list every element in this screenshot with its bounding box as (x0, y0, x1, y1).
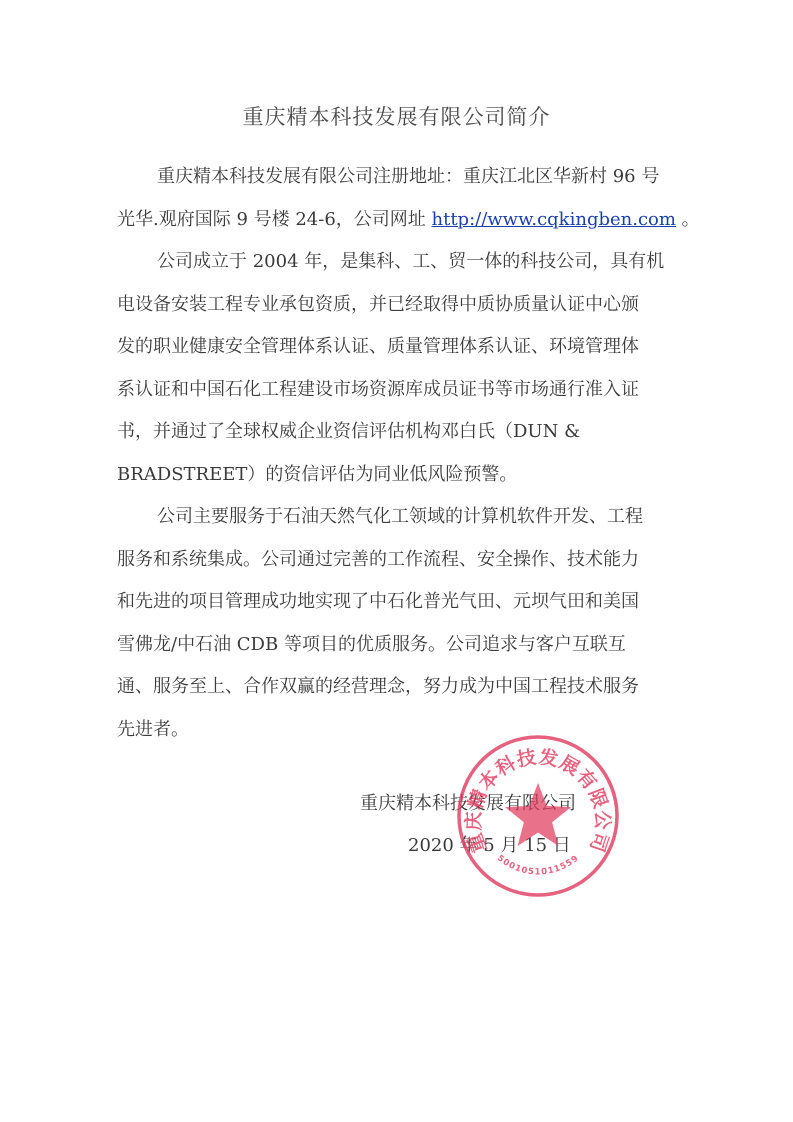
paragraph-address: 重庆精本科技发展有限公司注册地址：重庆江北区华新村 96 号 光华.观府国际 9… (117, 156, 677, 241)
paragraph-line: 公司主要服务于石油天然气化工领域的计算机软件开发、工程 (117, 496, 677, 539)
paragraph-line: 公司成立于 2004 年，是集科、工、贸一体的科技公司，具有机 (117, 241, 677, 284)
paragraph-line: 服务和系统集成。公司通过完善的工作流程、安全操作、技术能力 (117, 539, 677, 582)
address-text: 光华.观府国际 9 号楼 24-6，公司网址 (117, 209, 432, 230)
paragraph-line: 先进者。 (117, 709, 677, 752)
paragraph-line: 系认证和中国石化工程建设市场资源库成员证书等市场通行准入证 (117, 369, 677, 412)
paragraph-line: 光华.观府国际 9 号楼 24-6，公司网址 http://www.cqking… (117, 199, 677, 242)
document-page: 重庆精本科技发展有限公司简介 重庆精本科技发展有限公司注册地址：重庆江北区华新村… (0, 0, 793, 1122)
paragraph-line: 通、服务至上、合作双赢的经营理念，努力成为中国工程技术服务 (117, 666, 677, 709)
paragraph-line: BRADSTREET）的资信评估为同业低风险预警。 (117, 454, 677, 497)
paragraph-line: 电设备安装工程专业承包资质，并已经取得中质协质量认证中心颁 (117, 284, 677, 327)
document-title: 重庆精本科技发展有限公司简介 (0, 100, 793, 134)
paragraph-services: 公司主要服务于石油天然气化工领域的计算机软件开发、工程 服务和系统集成。公司通过… (117, 496, 677, 751)
website-link[interactable]: http://www.cqkingben.com (432, 209, 676, 230)
paragraph-line: 重庆精本科技发展有限公司注册地址：重庆江北区华新村 96 号 (117, 156, 677, 199)
paragraph-line: 雪佛龙/中石油 CDB 等项目的优质服务。公司追求与客户互联互 (117, 624, 677, 667)
period-text: 。 (676, 209, 700, 230)
paragraph-line: 发的职业健康安全管理体系认证、质量管理体系认证、环境管理体 (117, 326, 677, 369)
paragraph-line: 和先进的项目管理成功地实现了中石化普光气田、元坝气田和美国 (117, 581, 677, 624)
paragraph-line: 书，并通过了全球权威企业资信评估机构邓白氏（DUN & (117, 411, 677, 454)
document-body: 重庆精本科技发展有限公司注册地址：重庆江北区华新村 96 号 光华.观府国际 9… (117, 156, 677, 751)
signature-company: 重庆精本科技发展有限公司 (360, 783, 576, 825)
paragraph-founding: 公司成立于 2004 年，是集科、工、贸一体的科技公司，具有机 电设备安装工程专… (117, 241, 677, 496)
signature-date: 2020 年 5 月 15 日 (408, 825, 571, 867)
